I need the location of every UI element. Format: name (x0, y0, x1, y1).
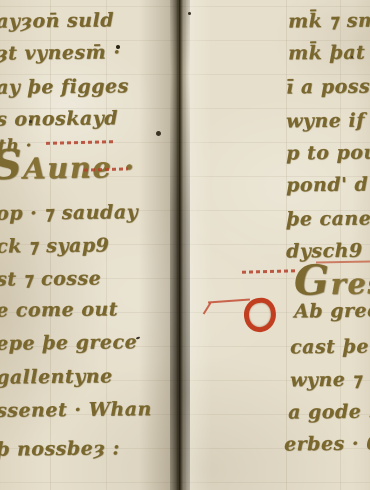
manuscript-photo: ayȝon̄ suld ȝt vynesm̄ · ay þe figges s … (0, 0, 370, 490)
manuscript-line: mk̄ ⁊ sm (288, 8, 370, 35)
manuscript-line: ay þe figges (0, 73, 129, 100)
manuscript-line: ayȝon̄ suld (0, 7, 114, 34)
manuscript-line: s onoskayd (0, 105, 118, 132)
ink-speck (351, 56, 353, 58)
manuscript-line: ȝt vynesm̄ · (0, 39, 121, 66)
manuscript-line: ssenet · Whan (0, 396, 152, 424)
rubric-flourish (203, 302, 212, 314)
manuscript-line: Ab grees (294, 297, 370, 324)
manuscript-line: wyne if (286, 108, 365, 135)
rubric-squiggle (242, 269, 298, 273)
left-page: ayȝon̄ suld ȝt vynesm̄ · ay þe figges s … (0, 0, 178, 490)
manuscript-line: erbes · 6 (284, 430, 370, 457)
manuscript-line: þ nossbeȝ : (0, 435, 120, 462)
rubric-squiggle (46, 140, 116, 145)
recipe-heading-left: SAune · (0, 145, 136, 187)
ink-speck (188, 12, 191, 15)
manuscript-line: epe þe grece (0, 329, 137, 356)
manuscript-line: ī a poss (286, 74, 370, 101)
manuscript-line: st ⁊ cosse (0, 265, 101, 292)
recipe-heading-right: Gres (294, 261, 370, 302)
manuscript-line: a gode : J (288, 398, 370, 425)
rubric-initial (242, 296, 278, 334)
manuscript-line: mk̄ þat (288, 40, 366, 67)
manuscript-line: ck ⁊ syap9 (0, 232, 109, 259)
ink-speck (116, 45, 120, 49)
rubric-flourish (208, 299, 250, 304)
manuscript-line: pond' d (286, 172, 369, 199)
manuscript-line: wyne ⁊ (290, 367, 363, 394)
manuscript-line: op · ⁊ sauday (0, 199, 138, 226)
manuscript-line: gallentyne (0, 363, 113, 390)
manuscript-line: e come out (0, 296, 118, 323)
ink-speck (29, 120, 32, 123)
manuscript-line: cast þe (290, 334, 369, 361)
ink-speck (156, 131, 161, 136)
manuscript-line: þe cane (286, 206, 370, 233)
manuscript-line: p to pou (286, 140, 370, 167)
right-page: mk̄ ⁊ sm mk̄ þat ī a poss wyne if p to p… (186, 0, 370, 490)
